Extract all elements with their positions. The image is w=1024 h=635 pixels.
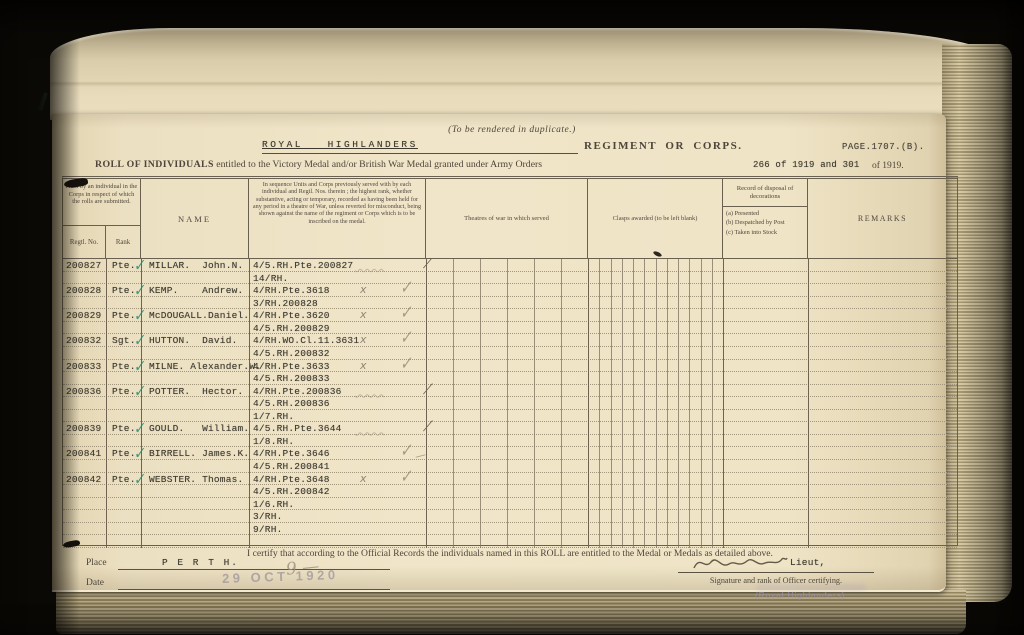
- duplicate-note: (To be rendered in duplicate.): [0, 125, 1024, 135]
- column-rule: [426, 259, 427, 548]
- service-entry: 1/7.RH.: [253, 411, 294, 422]
- regtl-no-value: 200827: [66, 260, 101, 271]
- service-entry: 4/5.RH.200832: [253, 348, 330, 359]
- regtl-no-value: 200836: [66, 386, 101, 397]
- sub-column-rule: [561, 259, 562, 548]
- service-entry: 4/5.RH.Pte.3644: [253, 423, 342, 434]
- table-row-line: 1/7.RH.: [63, 410, 957, 423]
- name-value: KEMP. Andrew.: [149, 285, 243, 296]
- regiment-name-typed: ROYAL HIGHLANDERS: [262, 139, 418, 150]
- name-value: WEBSTER. Thomas.: [149, 474, 243, 485]
- name-value: McDOUGALL.Daniel.: [149, 310, 249, 321]
- pencil-x-mark: x: [360, 359, 367, 372]
- service-entry: 4/RH.Pte.3633: [253, 361, 330, 372]
- sub-column-rule: [622, 259, 623, 548]
- date-rule: [118, 589, 390, 590]
- table-row-line: 200827Pte.✓MILLAR. John.N.~~~~~~/4/5.RH.…: [63, 259, 957, 272]
- header-disposal-item-c: (c) Taken into Stock: [723, 226, 807, 236]
- name-value: MILNE. Alexander.W.: [149, 361, 261, 372]
- table-header: Held by an individual in the Corps in re…: [63, 179, 957, 259]
- regtl-no-value: 200829: [66, 310, 101, 321]
- roll-title-rest: entitled to the Victory Medal and/or Bri…: [214, 159, 542, 170]
- regtl-no-value: 200839: [66, 423, 101, 434]
- sub-column-rule: [480, 259, 481, 548]
- header-clasps-awarded: Clasps awarded (to be left blank): [588, 179, 723, 258]
- rank-value: Pte.: [112, 310, 136, 321]
- table-row-line: 200841Pte.✓BIRRELL. James.K.✓—4/RH.Pte.3…: [63, 447, 957, 460]
- pencil-scribble: ~~~~~~: [355, 259, 397, 269]
- pencil-scribble: ~~~~~~: [355, 422, 397, 432]
- header-remarks: REMARKS: [808, 179, 957, 258]
- table-row-line: 9/RH.: [63, 523, 957, 536]
- sub-column-rule: [689, 259, 690, 548]
- service-entry: 4/5.RH.200836: [253, 398, 330, 409]
- sub-column-rule: [633, 259, 634, 548]
- pencil-x-mark: x: [360, 472, 367, 485]
- table-body: 200827Pte.✓MILLAR. John.N.~~~~~~/4/5.RH.…: [63, 259, 957, 548]
- army-orders-typed: 266 of 1919 and 301: [753, 160, 859, 170]
- service-entry: 4/5.RH.200829: [253, 323, 330, 334]
- service-entry: 4/RH.Pte.3620: [253, 310, 330, 321]
- table-row-line: 200839Pte.✓GOULD. William.~~~~~~/4/5.RH.…: [63, 422, 957, 435]
- name-value: POTTER. Hector.: [149, 386, 243, 397]
- pencil-annotation: 9 —: [285, 556, 320, 579]
- records-stamp: (Royal Highlanders): [755, 590, 845, 600]
- place-value-typed: P E R T H.: [162, 557, 239, 568]
- header-rank: Rank: [106, 226, 140, 258]
- table-row-line: 200833Pte.✓MILNE. Alexander.W.x✓4/RH.Pte…: [63, 360, 957, 373]
- regiment-underline: [262, 153, 578, 154]
- regtl-no-value: 200833: [66, 361, 101, 372]
- header-disposal-title: Record of disposal of decorations: [723, 185, 807, 207]
- table-row-line: 4/5.RH.200829: [63, 322, 957, 335]
- date-label: Date: [86, 578, 104, 588]
- column-rule: [588, 259, 589, 548]
- header-name: NAME: [141, 179, 249, 258]
- pencil-scribble: ~~~~~~: [355, 385, 397, 395]
- book-photo: (To be rendered in duplicate.) ROYAL HIG…: [0, 0, 1024, 635]
- header-theatres-of-war: Theatres of war in which served: [426, 179, 588, 258]
- sub-column-rule: [701, 259, 702, 548]
- column-rule: [106, 259, 107, 548]
- table-row-line: 200828Pte.✓KEMP. Andrew.x✓4/RH.Pte.3618: [63, 284, 957, 297]
- service-entry: 3/RH.200828: [253, 298, 318, 309]
- sub-column-rule: [712, 259, 713, 548]
- name-value: HUTTON. David.: [149, 335, 238, 346]
- header-disposal-item-b: (b) Despatched by Post: [723, 217, 807, 227]
- column-rule: [723, 259, 724, 548]
- name-value: MILLAR. John.N.: [149, 260, 243, 271]
- table-row-line: 200829Pte.✓McDOUGALL.Daniel.x✓4/RH.Pte.3…: [63, 309, 957, 322]
- rank-value: Pte.: [112, 361, 136, 372]
- sub-column-rule: [507, 259, 508, 548]
- green-ink-smudge: [38, 92, 48, 111]
- service-entry: 9/RH.: [253, 524, 283, 535]
- header-disposal-item-a: (a) Presented: [723, 207, 807, 217]
- service-entry: 4/5.RH.200841: [253, 461, 330, 472]
- table-row-line: 4/5.RH.200841: [63, 460, 957, 473]
- table-row-line: 4/5.RH.200842: [63, 485, 957, 498]
- top-page-edge: [50, 28, 1002, 120]
- army-orders-year-label: of 1919.: [872, 161, 904, 171]
- service-entry: 1/8.RH.: [253, 436, 294, 447]
- sub-column-rule: [611, 259, 612, 548]
- sub-column-rule: [656, 259, 657, 548]
- service-entry: 4/RH.Pte.3646: [253, 448, 330, 459]
- pencil-x-mark: x: [360, 283, 367, 296]
- service-entry: 4/RH.WO.Cl.11.3631: [253, 335, 359, 346]
- medal-roll-table: Held by an individual in the Corps in re…: [62, 176, 958, 546]
- roll-title-lead: ROLL OF INDIVIDUALS: [95, 159, 214, 170]
- sub-column-rule: [644, 259, 645, 548]
- regtl-no-value: 200841: [66, 448, 101, 459]
- service-entry: 3/RH.: [253, 511, 283, 522]
- table-row-line: 3/RH.: [63, 510, 957, 523]
- header-units-served: In sequence Units and Corps previously s…: [249, 179, 426, 258]
- service-entry: 4/5.RH.200833: [253, 373, 330, 384]
- name-value: BIRRELL. James.K.: [149, 448, 249, 459]
- pencil-x-mark: x: [360, 333, 367, 346]
- table-row-line: 200832Sgt.✓HUTTON. David.x✓4/RH.WO.Cl.11…: [63, 334, 957, 347]
- service-entry: 14/RH.: [253, 273, 288, 284]
- service-entry: 4/5.RH.200842: [253, 486, 330, 497]
- service-entry: 4/RH.Pte.3648: [253, 474, 330, 485]
- table-row-line: 4/5.RH.200833: [63, 372, 957, 385]
- pencil-x-mark: x: [360, 308, 367, 321]
- service-entry: 4/5.RH.Pte.200827: [253, 260, 353, 271]
- rank-value: Pte.: [112, 423, 136, 434]
- table-row-line-empty: [63, 535, 957, 548]
- service-entry: 4/RH.Pte.200836: [253, 386, 342, 397]
- column-rule: [141, 259, 142, 548]
- table-row-line: 3/RH.200828: [63, 297, 957, 310]
- sub-column-rule: [678, 259, 679, 548]
- officer-signature: [692, 552, 788, 574]
- table-row-line: 200836Pte.✓POTTER. Hector.~~~~~~/4/RH.Pt…: [63, 385, 957, 398]
- sub-column-rule: [667, 259, 668, 548]
- header-held-by-group: Held by an individual in the Corps in re…: [63, 179, 141, 258]
- column-rule: [249, 259, 250, 548]
- sub-column-rule: [599, 259, 600, 548]
- column-rule: [808, 259, 809, 548]
- table-row-line: 4/5.RH.200836: [63, 397, 957, 410]
- rank-value: Pte.: [112, 474, 136, 485]
- table-row-line: 4/5.RH.200832: [63, 347, 957, 360]
- regiment-or-corps-label: REGIMENT OR CORPS.: [584, 140, 742, 152]
- service-entry: 4/RH.Pte.3618: [253, 285, 330, 296]
- rank-value: Sgt.: [112, 335, 136, 346]
- sub-column-rule: [453, 259, 454, 548]
- table-row-line: 14/RH.: [63, 272, 957, 285]
- table-row-line: 1/8.RH.: [63, 435, 957, 448]
- regtl-no-value: 200832: [66, 335, 101, 346]
- header-regtl-no: Regtl. No.: [63, 226, 106, 258]
- table-row-line: 1/6.RH.: [63, 498, 957, 511]
- rank-value: Pte.: [112, 260, 136, 271]
- place-label: Place: [86, 558, 107, 568]
- officer-rank-typed: Lieut,: [790, 557, 825, 568]
- sub-column-rule: [534, 259, 535, 548]
- regtl-no-value: 200842: [66, 474, 101, 485]
- name-value: GOULD. William.: [149, 423, 249, 434]
- rank-value: Pte.: [112, 448, 136, 459]
- regtl-no-value: 200828: [66, 285, 101, 296]
- rank-value: Pte.: [112, 285, 136, 296]
- table-row-line: 200842Pte.✓WEBSTER. Thomas.x✓4/RH.Pte.36…: [63, 473, 957, 486]
- header-disposal: Record of disposal of decorations (a) Pr…: [723, 179, 808, 258]
- roll-title: ROLL OF INDIVIDUALS entitled to the Vict…: [95, 159, 542, 170]
- rank-value: Pte.: [112, 386, 136, 397]
- page-reference-typed: PAGE.1707.(B).: [842, 142, 925, 152]
- service-entry: 1/6.RH.: [253, 499, 294, 510]
